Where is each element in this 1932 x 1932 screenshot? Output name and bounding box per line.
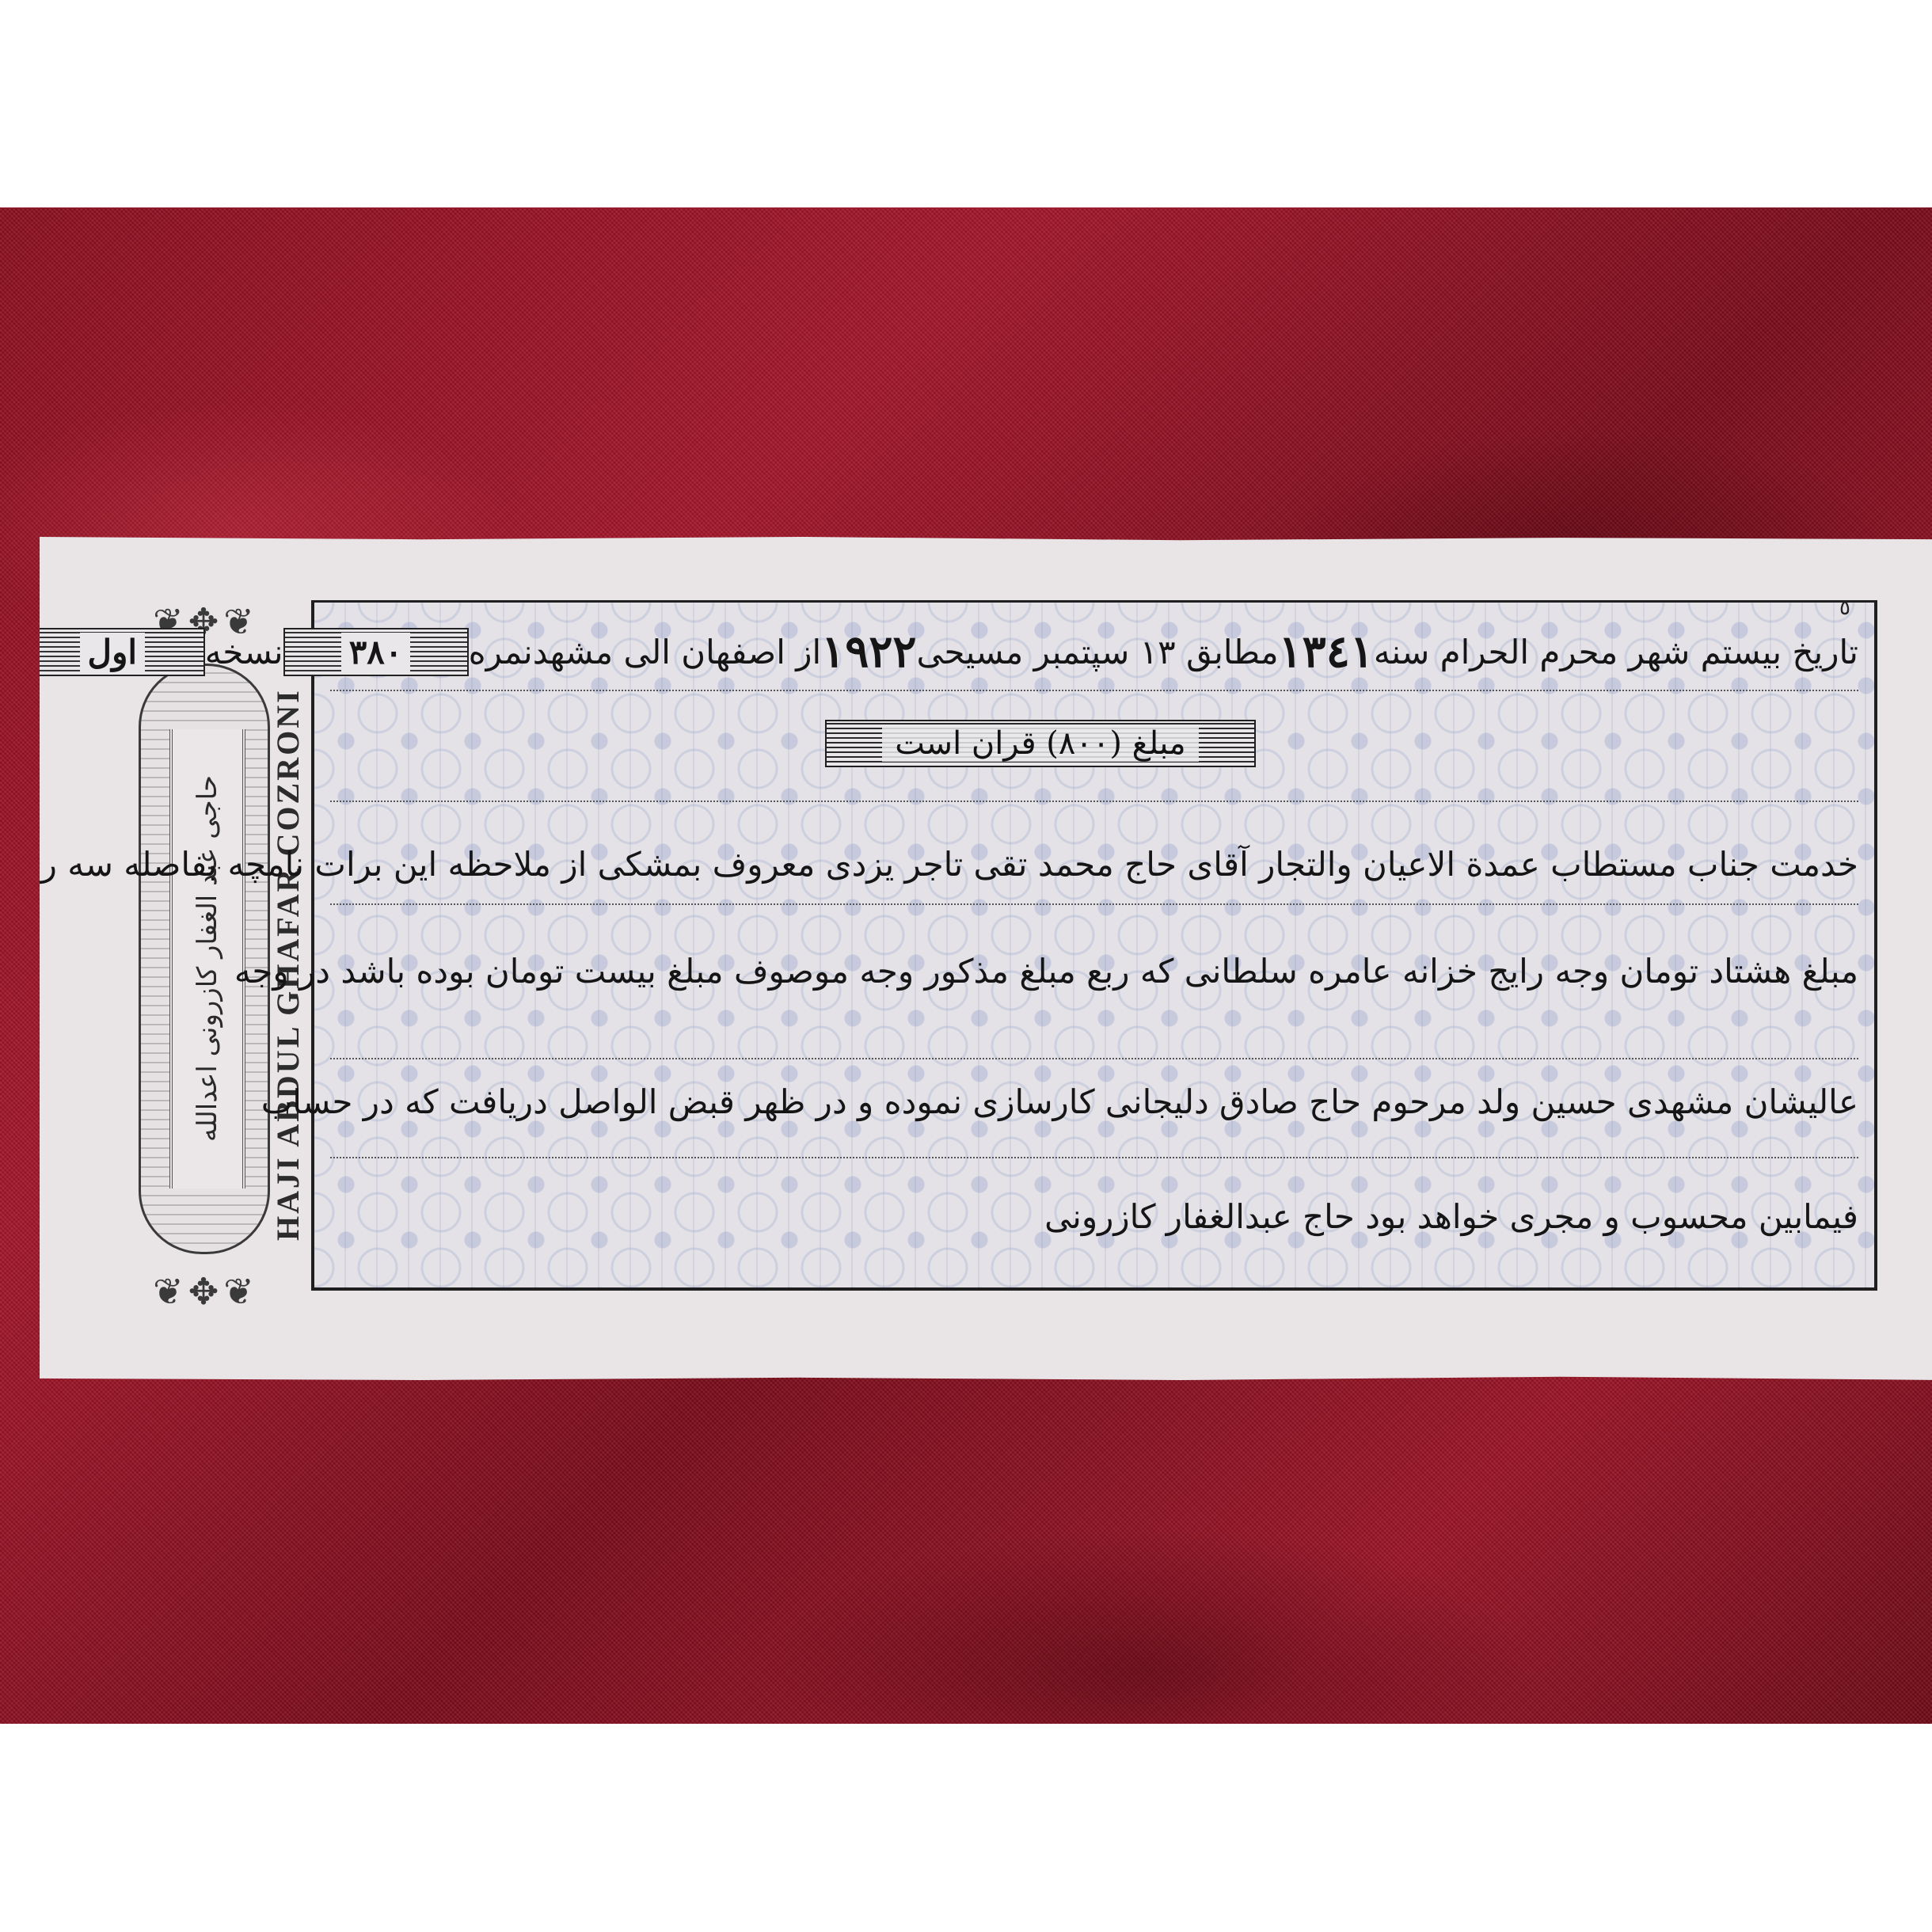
rule <box>330 801 1858 802</box>
copy-label: نسخه <box>205 633 283 671</box>
rule <box>330 1157 1858 1158</box>
corner-mark: ٥ <box>1839 596 1850 620</box>
bill-frame: ٥ تاریخ بیستم شهر محرم الحرام سنه ١٣٤١ م… <box>311 600 1877 1291</box>
gregorian-year: ١٩٢٢ <box>821 626 916 678</box>
body-line-2: مبلغ هشتاد تومان وجه رایج خزانه عامره سل… <box>330 939 1858 1002</box>
copy-box: اول <box>20 628 205 676</box>
body-line-4: فیمابین محسوب و مجری خواهد بود حاج عبدال… <box>330 1185 1858 1248</box>
rule <box>330 903 1858 905</box>
number-value: ٣٨٠ <box>341 633 411 671</box>
ornament-bottom-icon: ❦✥❦ <box>115 1270 297 1313</box>
date-label: تاریخ بیستم شهر محرم الحرام سنه <box>1374 633 1858 671</box>
rule <box>330 1058 1858 1059</box>
copy-value: اول <box>80 633 145 671</box>
hijri-year: ١٣٤١ <box>1279 626 1374 678</box>
bill-of-exchange: ❦✥❦ حاجی عبد الغفار کازرونی اعدالله ❦✥❦ … <box>40 537 1932 1380</box>
stub-arabic-name: حاجی عبد الغفار کازرونی اعدالله <box>192 775 223 1142</box>
route: از اصفهان الی مشهد <box>533 633 821 671</box>
number-box: ٣٨٠ <box>283 628 469 676</box>
header-row: تاریخ بیستم شهر محرم الحرام سنه ١٣٤١ مطا… <box>330 620 1858 683</box>
rule <box>330 690 1858 691</box>
number-label: نمره <box>469 633 533 671</box>
body-line-3: عالیشان مشهدی حسین ولد مرحوم حاج صادق دل… <box>330 1070 1858 1133</box>
body-line-1: خدمت جناب مستطاب عمدة الاعیان والتجار آق… <box>330 832 1858 896</box>
amount-box: مبلغ (٨٠٠) قران است <box>825 720 1256 767</box>
gregorian-label: مطابق ١٣ سپتمبر مسیحی <box>916 633 1278 671</box>
amount-text: مبلغ (٨٠٠) قران است <box>882 725 1198 762</box>
